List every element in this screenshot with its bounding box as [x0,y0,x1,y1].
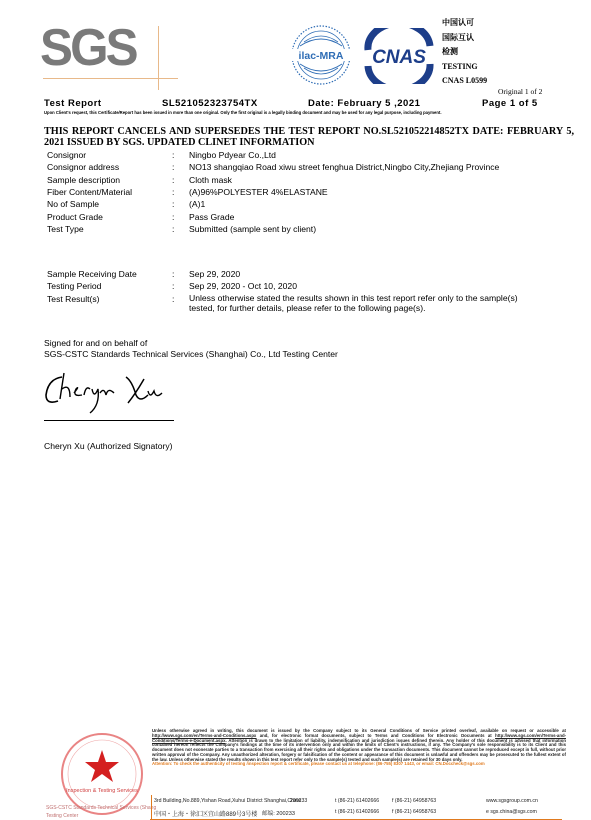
accreditation-line: 检测 [442,45,487,60]
logo-divider-vertical [158,26,159,90]
postcode-cn: 邮编: 200233 [262,809,295,817]
address-en: 3rd Building,No.889,Yishan Road,Xuhui Di… [154,798,301,804]
accreditation-line: TESTING [442,60,487,75]
field-label: Testing Period [47,280,101,292]
page-number: Page 1 of 5 [482,98,538,109]
field-label: Consignor [47,149,86,161]
field-value: Submitted (sample sent by client) [189,223,316,235]
original-note: Original 1 of 2 [498,87,542,96]
accreditation-line: 国际互认 [442,31,487,46]
website-link[interactable]: www.sgsgroup.com.cn [486,798,538,804]
field-label: Product Grade [47,211,103,223]
signatory-name: Cheryn Xu (Authorized Signatory) [44,441,173,451]
authenticity-attention: Attention: To check the authenticity of … [152,762,566,767]
report-date: Date: February 5 ,2021 [308,98,420,109]
field-value: Ningbo Pdyear Co.,Ltd [189,149,276,161]
field-label: Sample Receiving Date [47,268,137,280]
field-colon: : [172,268,174,280]
details-table: Consignor:Ningbo Pdyear Co.,LtdConsignor… [0,149,591,239]
field-label: No of Sample [47,198,99,210]
report-label: Test Report [44,98,102,109]
telephone: t (86-21) 61402666 [335,809,379,815]
field-colon: : [172,161,174,173]
accreditation-line: CNAS L0599 [442,74,487,89]
address-cn: 中国・上海・徐汇区宜山路889号3号楼 [154,809,257,818]
footer-divider-vertical [151,795,152,820]
field-value: Pass Grade [189,211,234,223]
email-link[interactable]: e sgs.china@sgs.com [486,809,537,815]
field-label: Test Result(s) [47,293,100,305]
field-colon: : [172,186,174,198]
telephone: t (86-21) 61402666 [335,798,379,804]
fax: f (86-21) 64958763 [392,809,436,815]
signed-on-behalf: Signed for and on behalf of SGS-CSTC Sta… [44,338,338,359]
field-colon: : [172,211,174,223]
original-disclaimer: Upon Client's request, this Certificate/… [44,110,441,115]
svg-text:Inspection & Testing Services: Inspection & Testing Services [66,788,138,794]
result-line-1: Unless otherwise stated the results show… [189,293,518,303]
supersede-notice: THIS REPORT CANCELS AND SUPERSEDES THE T… [44,126,574,148]
svg-text:ilac-MRA: ilac-MRA [299,50,344,62]
report-number: SL521052323754TX [162,98,258,109]
svg-text:SGS-CSTC Standards Technical S: SGS-CSTC Standards Technical Services (S… [46,805,156,811]
terms-fine-print: Unless otherwise agreed in writing, this… [152,729,566,767]
accreditation-line: 中国认可 [442,16,487,31]
field-label: Fiber Content/Material [47,186,132,198]
field-value: Cloth mask [189,174,232,186]
postcode-en: 200233 [290,798,307,804]
field-colon: : [172,293,174,305]
signature-line [44,420,174,421]
field-colon: : [172,174,174,186]
accreditation-text: 中国认可 国际互认 检测 TESTING CNAS L0599 [442,16,487,89]
field-value: Unless otherwise stated the results show… [189,293,518,313]
field-label: Test Type [47,223,84,235]
field-value: (A)96%POLYESTER 4%ELASTANE [189,186,328,198]
cnas-logo-icon: CNAS [360,28,438,84]
signed-line-1: Signed for and on behalf of [44,338,338,349]
field-value: Sep 29, 2020 [189,268,240,280]
signed-line-2: SGS-CSTC Standards Technical Services (S… [44,349,338,360]
field-value: Sep 29, 2020 - Oct 10, 2020 [189,280,297,292]
field-label: Sample description [47,174,120,186]
field-colon: : [172,223,174,235]
fax: f (86-21) 64958763 [392,798,436,804]
field-colon: : [172,198,174,210]
svg-text:Testing Center: Testing Center [46,813,79,819]
official-seal-icon: Inspection & Testing Services SGS-CSTC S… [44,728,156,820]
sgs-logo: SGS [40,22,136,74]
field-label: Consignor address [47,161,119,173]
field-value: NO13 shangqiao Road xiwu street fenghua … [189,161,499,173]
dates-table: Sample Receiving Date : Sep 29, 2020 Tes… [0,268,591,318]
field-value: (A)1 [189,198,205,210]
svg-text:CNAS: CNAS [372,47,426,68]
field-colon: : [172,149,174,161]
handwritten-signature-icon [40,365,175,415]
field-colon: : [172,280,174,292]
ilac-mra-logo-icon: ilac-MRA [290,24,352,86]
result-line-2: tested, for further details, please refe… [189,303,425,313]
